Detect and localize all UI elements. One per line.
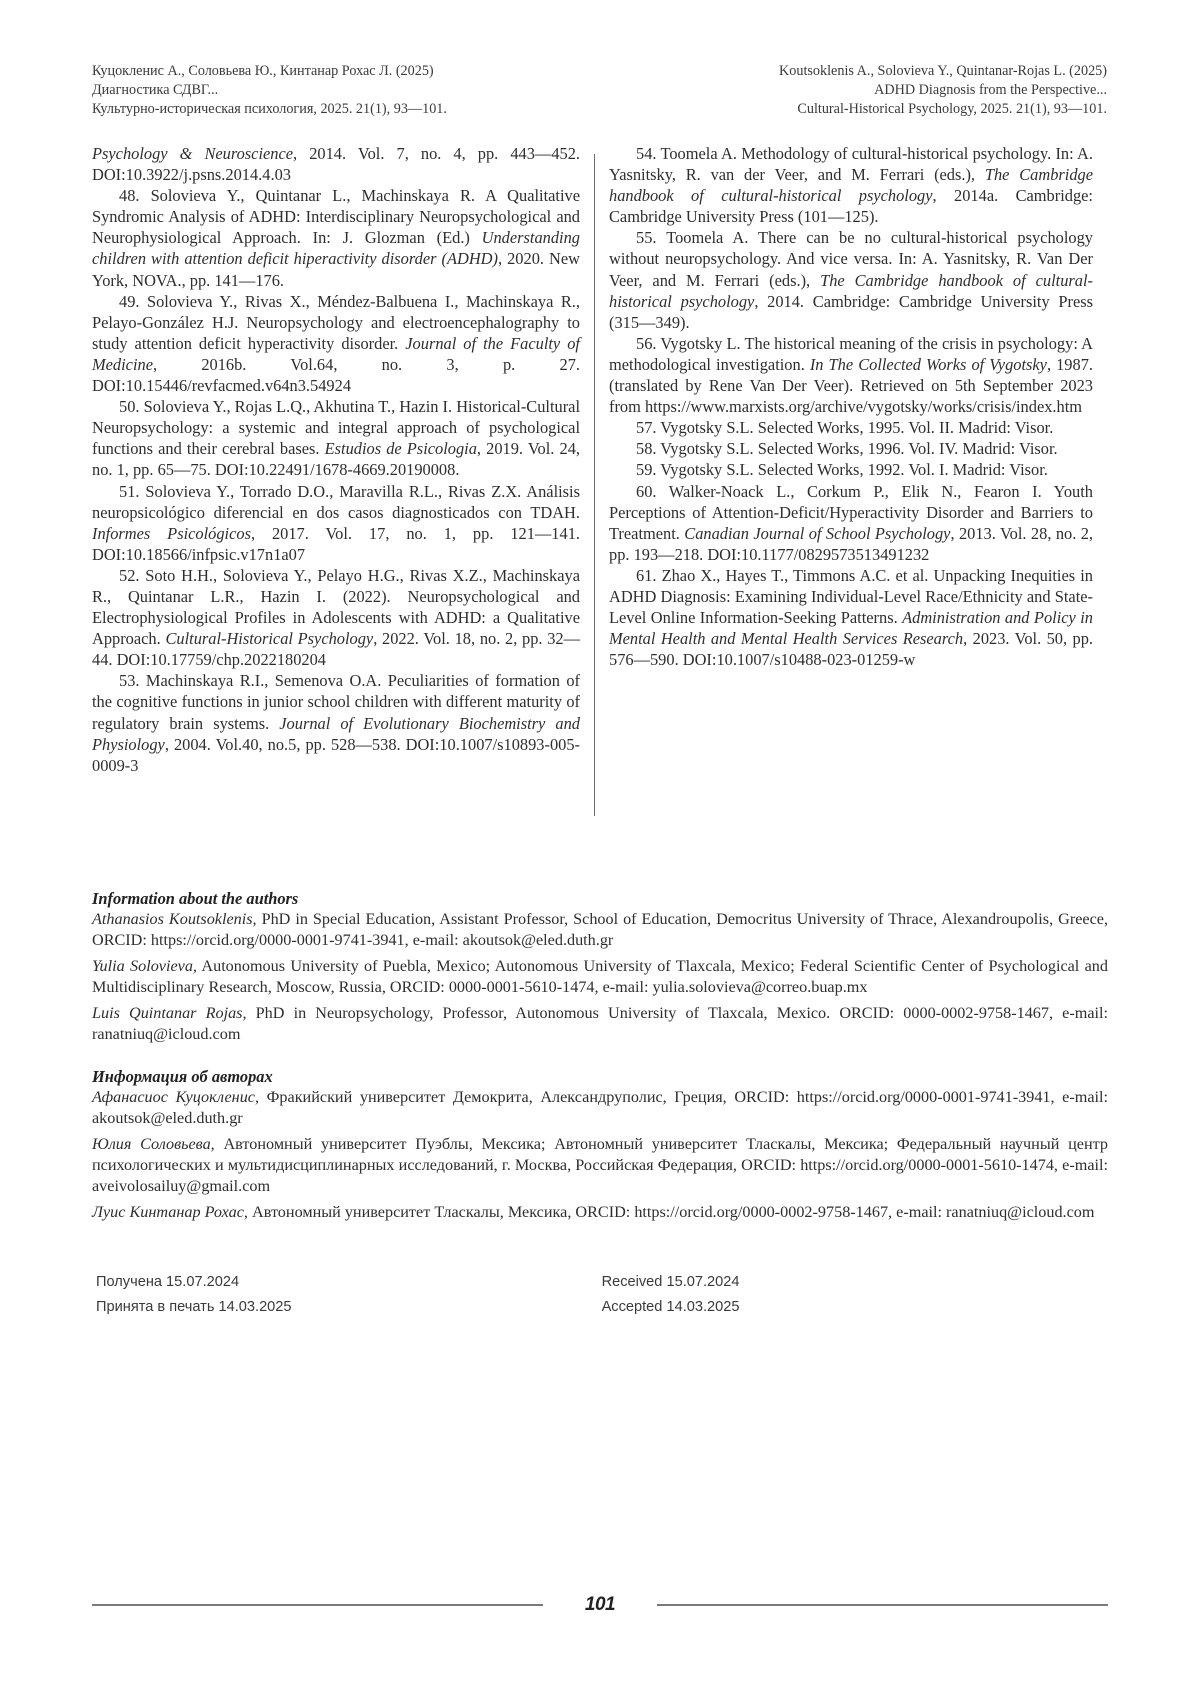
author-name: Yulia Solovieva,: [92, 957, 197, 975]
author-name: Athanasios Koutsoklenis,: [92, 910, 257, 928]
author-name: Афанасиос Куцокленис,: [92, 1088, 259, 1106]
author-name: Luis Quintanar Rojas,: [92, 1004, 247, 1022]
header-authors-ru: Куцокленис А., Соловьева Ю., Кинтанар Ро…: [92, 62, 447, 81]
author-entry-solovieva-ru: Юлия Соловьева, Автономный университет П…: [92, 1134, 1108, 1197]
author-entry-quintanar: Luis Quintanar Rojas, PhD in Neuropsycho…: [92, 1003, 1108, 1045]
references-left-column: Psychology & Neuroscience, 2014. Vol. 7,…: [92, 143, 594, 816]
reference-51: 51. Solovieva Y., Torrado D.O., Maravill…: [92, 481, 580, 565]
header-title-en: ADHD Diagnosis from the Perspective...: [779, 81, 1107, 100]
reference-50: 50. Solovieva Y., Rojas L.Q., Akhutina T…: [92, 396, 580, 480]
reference-48: 48. Solovieva Y., Quintanar L., Machinsk…: [92, 185, 580, 290]
reference-56: 56. Vygotsky L. The historical meaning o…: [609, 333, 1093, 417]
footer-rule-right: [657, 1604, 1108, 1606]
authors-heading-ru: Информация об авторах: [92, 1066, 1108, 1087]
reference-55: 55. Toomela A. There can be no cultural-…: [609, 227, 1093, 332]
reference-source: Informes Psicológicos: [92, 524, 251, 543]
reference-52: 52. Soto H.H., Solovieva Y., Pelayo H.G.…: [92, 565, 580, 670]
header-title-ru: Диагностика СДВГ...: [92, 81, 447, 100]
submission-dates: Получена 15.07.2024 Received 15.07.2024 …: [96, 1270, 796, 1320]
author-entry-solovieva: Yulia Solovieva, Autonomous University o…: [92, 956, 1108, 998]
reference-source: Estudios de Psicologia: [325, 439, 477, 458]
received-row: Получена 15.07.2024 Received 15.07.2024: [96, 1270, 796, 1295]
reference-61: 61. Zhao X., Hayes T., Timmons A.C. et a…: [609, 565, 1093, 670]
reference-57: 57. Vygotsky S.L. Selected Works, 1995. …: [609, 417, 1093, 438]
reference-source: Cultural-Historical Psychology: [165, 629, 373, 648]
running-header-russian: Куцокленис А., Соловьева Ю., Кинтанар Ро…: [92, 62, 447, 119]
footer-rule-left: [92, 1604, 543, 1606]
header-journal-ru: Культурно-историческая психология, 2025.…: [92, 100, 447, 119]
reference-54: 54. Toomela A. Methodology of cultural-h…: [609, 143, 1093, 227]
references-right-column: 54. Toomela A. Methodology of cultural-h…: [595, 143, 1093, 816]
reference-59: 59. Vygotsky S.L. Selected Works, 1992. …: [609, 459, 1093, 480]
author-name: Луис Кинтанар Рохас,: [92, 1203, 248, 1221]
running-header: Куцокленис А., Соловьева Ю., Кинтанар Ро…: [92, 62, 1107, 119]
reference-source: Psychology & Neuroscience: [92, 144, 293, 163]
author-entry-quintanar-ru: Луис Кинтанар Рохас, Автономный универси…: [92, 1202, 1108, 1223]
accepted-date-ru: Принята в печать 14.03.2025: [96, 1295, 602, 1320]
page-number: 101: [585, 1594, 615, 1616]
author-entry-koutsoklenis: Athanasios Koutsoklenis, PhD in Special …: [92, 909, 1108, 951]
reference-49: 49. Solovieva Y., Rivas X., Méndez-Balbu…: [92, 291, 580, 396]
authors-info-russian: Информация об авторах Афанасиос Куцоклен…: [92, 1066, 1108, 1228]
header-authors-en: Koutsoklenis A., Solovieva Y., Quintanar…: [779, 62, 1107, 81]
authors-info-english: Information about the authors Athanasios…: [92, 888, 1108, 1050]
reference-source: Canadian Journal of School Psychology: [684, 524, 950, 543]
received-date-en: Received 15.07.2024: [602, 1270, 796, 1295]
reference-58: 58. Vygotsky S.L. Selected Works, 1996. …: [609, 438, 1093, 459]
reference-source: In The Collected Works of Vygotsky: [810, 355, 1047, 374]
page-footer: 101: [92, 1593, 1108, 1617]
accepted-row: Принята в печать 14.03.2025 Accepted 14.…: [96, 1295, 796, 1320]
accepted-date-en: Accepted 14.03.2025: [602, 1295, 796, 1320]
author-name: Юлия Соловьева,: [92, 1135, 215, 1153]
references-section: Psychology & Neuroscience, 2014. Vol. 7,…: [92, 143, 1108, 816]
reference-53: 53. Machinskaya R.I., Semenova O.A. Pecu…: [92, 670, 580, 775]
reference-47-continued: Psychology & Neuroscience, 2014. Vol. 7,…: [92, 143, 580, 185]
header-journal-en: Cultural-Historical Psychology, 2025. 21…: [779, 100, 1107, 119]
received-date-ru: Получена 15.07.2024: [96, 1270, 602, 1295]
authors-heading-en: Information about the authors: [92, 888, 1108, 909]
author-entry-koutsoklenis-ru: Афанасиос Куцокленис, Фракийский универс…: [92, 1087, 1108, 1129]
running-header-english: Koutsoklenis A., Solovieva Y., Quintanar…: [779, 62, 1107, 119]
reference-60: 60. Walker-Noack L., Corkum P., Elik N.,…: [609, 481, 1093, 565]
